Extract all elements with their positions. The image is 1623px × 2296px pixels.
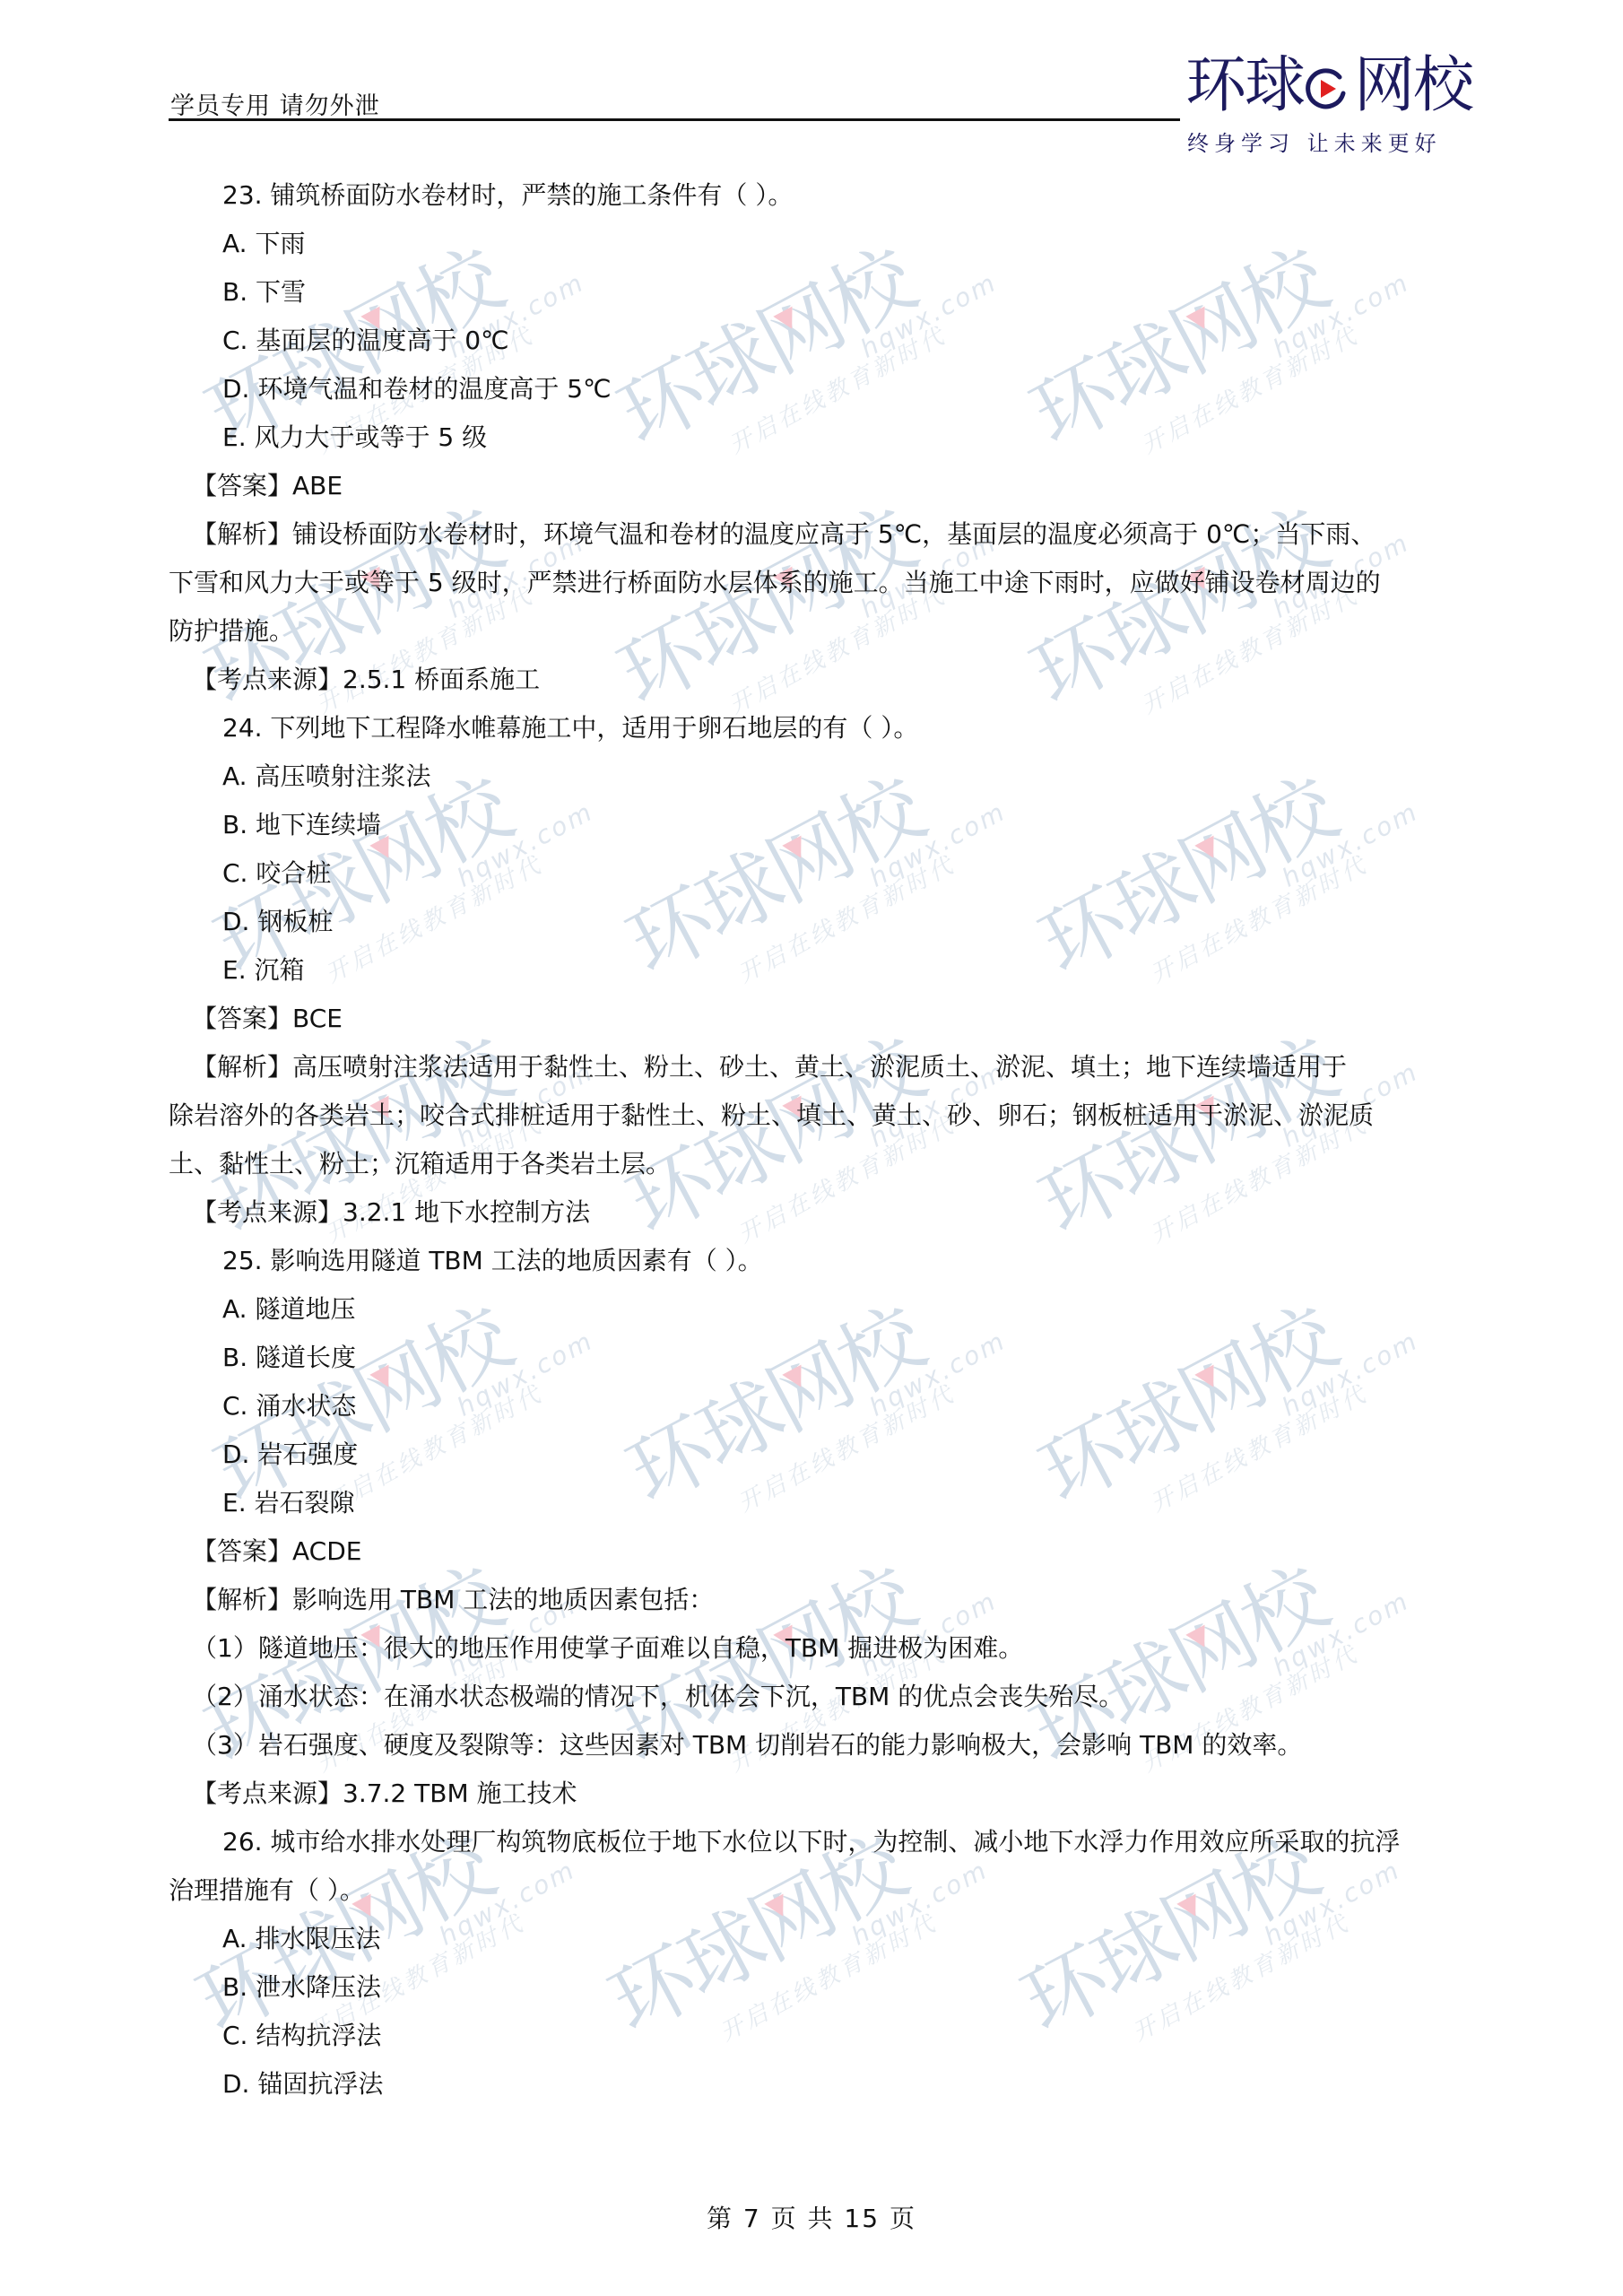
option-c: C. 基面层的温度高于 0℃ <box>222 325 509 357</box>
brand-logo: 环球网校 终身学习 让未来更好 <box>1182 52 1478 152</box>
heart-icon <box>761 1890 795 1924</box>
knowledge-source: 【考点来源】3.2.1 地下水控制方法 <box>192 1196 590 1229</box>
option-b: B. 地下连续墙 <box>222 809 381 841</box>
watermark: 环球网校 hqwx.com 开启在线教育新时代 <box>991 1465 1465 1888</box>
analysis-line: （1）隧道地压：很大的地压作用使掌子面难以自稳，TBM 掘进极为困难。 <box>192 1632 1023 1665</box>
logo-slogan: 终身学习 让未来更好 <box>1187 126 1442 157</box>
watermark-tagline: 开启在线教育新时代 <box>732 1376 961 1518</box>
play-circle-icon <box>1304 66 1349 111</box>
option-d: D. 环境气温和卷材的温度高于 5℃ <box>222 373 612 405</box>
option-b: B. 下雪 <box>222 276 306 309</box>
heart-icon <box>367 1361 401 1395</box>
watermark-brand: 环球网校 <box>1017 1274 1351 1527</box>
option-e: E. 岩石裂隙 <box>222 1487 355 1519</box>
heart-icon <box>779 831 813 865</box>
analysis-line: 除岩溶外的各类岩土；咬合式排桩适用于黏性土、粉土、填土、黄土、砂、卵石；钢板桩适… <box>169 1100 1374 1132</box>
watermark-brand: 环球网校 <box>604 745 939 998</box>
logo-text-part1: 环球 <box>1185 50 1304 121</box>
watermark: 环球网校 hqwx.com 开启在线教育新时代 <box>1000 936 1474 1359</box>
watermark-brand: 环球网校 <box>604 1274 939 1527</box>
watermark-tagline: 开启在线教育新时代 <box>732 847 961 989</box>
watermark-brand: 环球网校 <box>595 476 930 729</box>
analysis-line: 【解析】铺设桥面防水卷材时，环境气温和卷材的温度应高于 5℃，基面层的温度必须高… <box>192 518 1376 551</box>
analysis-line: （2）涌水状态：在涌水状态极端的情况下，机体会下沉，TBM 的优点会丧失殆尽。 <box>192 1681 1124 1713</box>
watermark-url: hqwx.com <box>846 1855 994 1952</box>
watermark: 环球网校 hqwx.com 开启在线教育新时代 <box>1000 676 1474 1099</box>
watermark: 环球网校 hqwx.com 开启在线教育新时代 <box>578 407 1053 830</box>
heart-icon <box>1192 831 1226 865</box>
watermark-brand: 环球网校 <box>1008 476 1342 729</box>
analysis-line: 【解析】高压喷射注浆法适用于黏性土、粉土、砂土、黄土、淤泥质土、淤泥、填土；地下… <box>192 1051 1347 1083</box>
heart-icon <box>770 302 804 336</box>
watermark: 环球网校 hqwx.com 开启在线教育新时代 <box>569 1735 1044 2157</box>
watermark: 环球网校 hqwx.com 开启在线教育新时代 <box>982 1735 1456 2157</box>
answer: 【答案】BCE <box>192 1003 343 1035</box>
watermark: 环球网校 hqwx.com 开启在线教育新时代 <box>166 1465 640 1888</box>
watermark-tagline: 开启在线教育新时代 <box>714 1905 943 2048</box>
watermark-tagline: 开启在线教育新时代 <box>1144 1376 1374 1518</box>
heart-icon <box>1174 1890 1208 1924</box>
watermark-brand: 环球网校 <box>1017 745 1351 998</box>
question-stem: 25. 影响选用隧道 TBM 工法的地质因素有（ ）。 <box>222 1245 763 1277</box>
watermark-url: hqwx.com <box>452 1326 599 1422</box>
page-number: 第 7 页 共 15 页 <box>0 2199 1623 2235</box>
option-d: D. 岩石强度 <box>222 1439 358 1471</box>
option-c: C. 结构抗浮法 <box>222 2020 381 2052</box>
watermark-url: hqwx.com <box>1277 1326 1424 1422</box>
watermark-url: hqwx.com <box>1268 1586 1415 1683</box>
knowledge-source: 【考点来源】2.5.1 桥面系施工 <box>192 664 540 696</box>
watermark: 环球网校 hqwx.com 开启在线教育新时代 <box>578 1465 1053 1888</box>
option-a: A. 排水限压法 <box>222 1923 380 1955</box>
question-stem-continued: 治理措施有（ ）。 <box>169 1874 365 1907</box>
watermark-tagline: 开启在线教育新时代 <box>723 317 952 460</box>
option-c: C. 涌水状态 <box>222 1390 356 1422</box>
watermark-tagline: 开启在线教育新时代 <box>1135 317 1365 460</box>
analysis-line: 【解析】影响选用 TBM 工法的地质因素包括： <box>192 1584 714 1616</box>
question-stem: 24. 下列地下工程降水帷幕施工中，适用于卵石地层的有（ ）。 <box>222 712 918 744</box>
header-divider <box>169 118 1180 121</box>
heart-icon <box>1183 302 1217 336</box>
option-e: E. 沉箱 <box>222 954 305 987</box>
watermark-url: hqwx.com <box>855 267 1002 364</box>
heart-icon <box>1183 1621 1217 1655</box>
option-b: B. 泄水降压法 <box>222 1971 381 2004</box>
option-b: B. 隧道长度 <box>222 1342 356 1374</box>
watermark-brand: 环球网校 <box>1008 216 1342 469</box>
answer: 【答案】ACDE <box>192 1535 361 1568</box>
option-e: E. 风力大于或等于 5 级 <box>222 422 487 454</box>
option-a: A. 下雨 <box>222 228 305 260</box>
option-a: A. 隧道地压 <box>222 1293 355 1326</box>
watermark-url: hqwx.com <box>864 1326 1011 1422</box>
watermark-url: hqwx.com <box>434 1855 581 1952</box>
confidential-notice: 学员专用 请勿外泄 <box>170 86 380 121</box>
analysis-line: （3）岩石强度、硬度及裂隙等：这些因素对 TBM 切削岩石的能力影响极大，会影响… <box>192 1729 1302 1761</box>
watermark-url: hqwx.com <box>1259 1855 1406 1952</box>
watermark-url: hqwx.com <box>864 796 1011 893</box>
watermark: 环球网校 hqwx.com 开启在线教育新时代 <box>991 407 1465 830</box>
heart-icon <box>779 1361 813 1395</box>
option-d: D. 钢板桩 <box>222 906 333 938</box>
watermark-url: hqwx.com <box>1268 267 1415 364</box>
watermark-url: hqwx.com <box>452 796 599 893</box>
watermark-brand: 环球网校 <box>595 216 930 469</box>
watermark: 环球网校 hqwx.com 开启在线教育新时代 <box>991 147 1465 570</box>
analysis-line: 下雪和风力大于或等于 5 级时，严禁进行桥面防水层体系的施工。当施工中途下雨时，… <box>169 567 1381 599</box>
watermark-tagline: 开启在线教育新时代 <box>319 847 549 989</box>
heart-icon <box>1192 1361 1226 1395</box>
answer: 【答案】ABE <box>192 470 343 502</box>
option-a: A. 高压喷射注浆法 <box>222 761 430 793</box>
analysis-line: 防护措施。 <box>169 615 294 648</box>
knowledge-source: 【考点来源】3.7.2 TBM 施工技术 <box>192 1778 577 1810</box>
option-d: D. 锚固抗浮法 <box>222 2068 383 2100</box>
logo-text-part2: 网校 <box>1354 50 1472 121</box>
watermark: 环球网校 hqwx.com 开启在线教育新时代 <box>1000 1205 1474 1628</box>
question-stem: 26. 城市给水排水处理厂构筑物底板位于地下水位以下时，为控制、减小地下水浮力作… <box>222 1826 1400 1858</box>
watermark-url: hqwx.com <box>1277 796 1424 893</box>
analysis-line: 土、黏性土、粉土；沉箱适用于各类岩土层。 <box>169 1148 671 1180</box>
option-c: C. 咬合桩 <box>222 857 331 890</box>
watermark-tagline: 开启在线教育新时代 <box>1144 847 1374 989</box>
question-stem: 23. 铺筑桥面防水卷材时，严禁的施工条件有（ ）。 <box>222 179 793 212</box>
watermark-tagline: 开启在线教育新时代 <box>1126 1905 1356 2048</box>
